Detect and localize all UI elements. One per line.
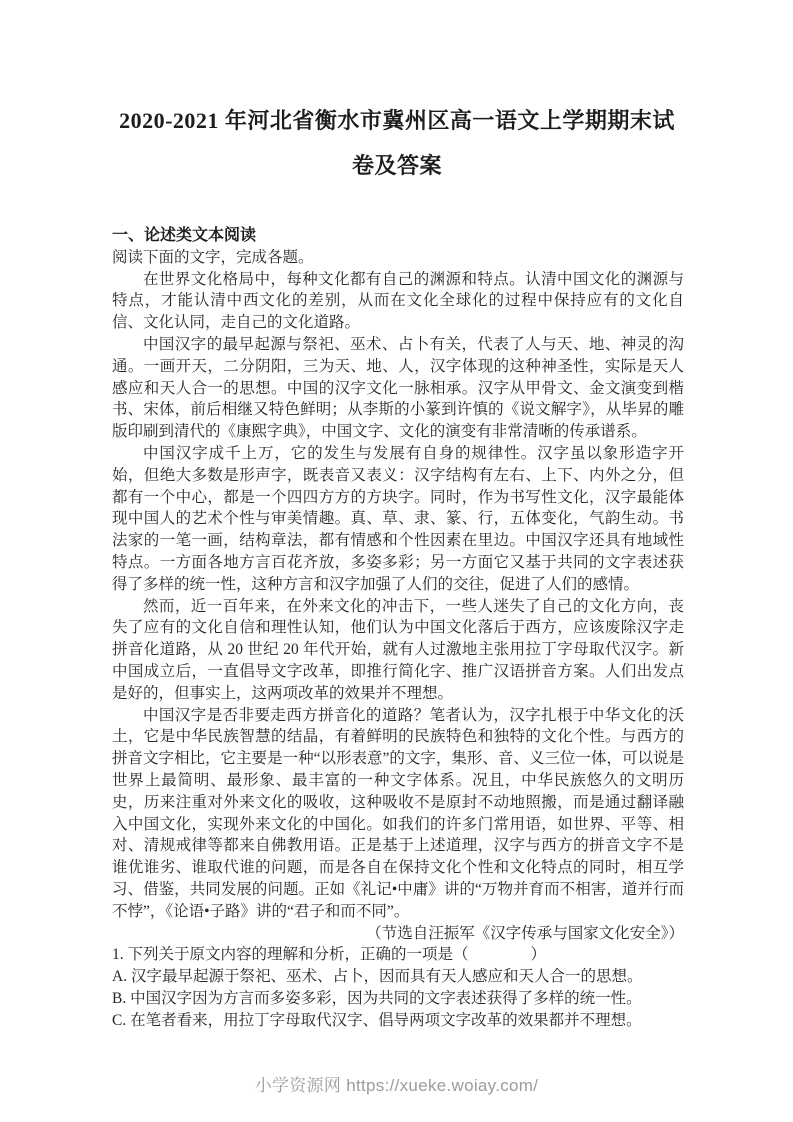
- question-1-option-b: B. 中国汉字因为方言而多姿多彩，因为共同的文字表述获得了多样的统一性。: [112, 988, 684, 1010]
- essay-paragraph-4: 然而，近一百年来，在外来文化的冲击下，一些人迷失了自己的文化方向，丧失了应有的文…: [112, 596, 684, 705]
- question-1-option-c: C. 在笔者看来，用拉丁字母取代汉字、倡导两项文字改革的效果都并不理想。: [112, 1010, 684, 1032]
- exam-document-page: 2020-2021 年河北省衡水市冀州区高一语文上学期期末试卷及答案 一、论述类…: [0, 0, 793, 1122]
- document-title: 2020-2021 年河北省衡水市冀州区高一语文上学期期末试卷及答案: [110, 98, 684, 188]
- question-1-option-a: A. 汉字最早起源于祭祀、巫术、占卜，因而具有天人感应和天人合一的思想。: [112, 966, 684, 988]
- reading-intro: 阅读下面的文字，完成各题。: [112, 247, 684, 269]
- watermark-footer: 小学资源网 https://xueke.woiay.com/: [0, 1071, 793, 1096]
- attribution-line: （节选自汪振军《汉字传承与国家文化安全》）: [112, 923, 684, 945]
- essay-paragraph-1: 在世界文化格局中，每种文化都有自己的渊源和特点。认清中国文化的渊源与特点，才能认…: [112, 269, 684, 334]
- essay-paragraph-3: 中国汉字成千上万，它的发生与发展有自身的规律性。汉字虽以象形造字开始，但绝大多数…: [112, 443, 684, 596]
- essay-paragraph-5: 中国汉字是否非要走西方拼音化的道路？笔者认为，汉字扎根于中华文化的沃土，它是中华…: [112, 705, 684, 923]
- section-heading: 一、论述类文本阅读: [112, 225, 684, 247]
- question-1-stem: 1. 下列关于原文内容的理解和分析，正确的一项是（ ）: [112, 944, 684, 966]
- question-1: 1. 下列关于原文内容的理解和分析，正确的一项是（ ） A. 汉字最早起源于祭祀…: [112, 944, 684, 1031]
- essay-paragraph-2: 中国汉字的最早起源与祭祀、巫术、占卜有关，代表了人与天、地、神灵的沟通。一画开天…: [112, 334, 684, 443]
- document-body: 一、论述类文本阅读 阅读下面的文字，完成各题。 在世界文化格局中，每种文化都有自…: [112, 225, 684, 1031]
